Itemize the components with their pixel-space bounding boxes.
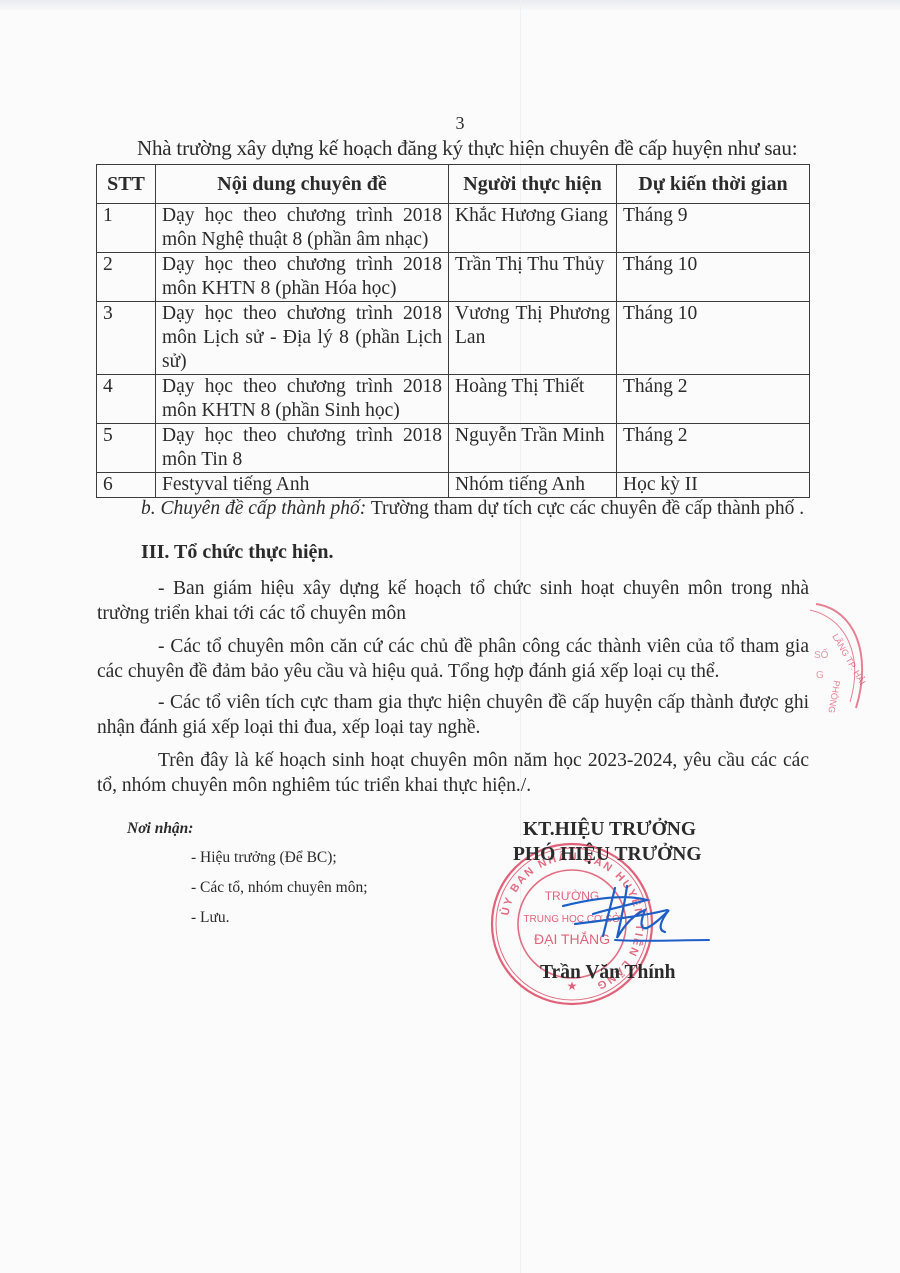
cell-content: Dạy học theo chương trình 2018 môn Lịch … [156,302,449,375]
section-b: b. Chuyên đề cấp thành phố: Trường tham … [141,496,809,521]
cell-content: Dạy học theo chương trình 2018 môn Nghệ … [156,204,449,253]
svg-text:G: G [816,670,824,681]
signature-title-2: PHÓ HIỆU TRƯỞNG [513,844,702,866]
cell-stt: 3 [97,302,156,375]
table-header-row: STT Nội dung chuyên đề Người thực hiện D… [97,165,810,204]
section-iii-item-3: - Các tổ viên tích cực tham gia thực hiệ… [97,690,809,740]
cell-stt: 4 [97,375,156,424]
cell-stt: 5 [97,424,156,473]
signer-name: Trần Văn Thính [540,962,676,984]
cell-time: Học kỳ II [617,473,810,498]
cell-time: Tháng 10 [617,253,810,302]
cell-person: Khắc Hương Giang [449,204,617,253]
section-b-label: b. Chuyên đề cấp thành phố: [141,498,366,519]
partial-side-stamp: LÃNG TP. HẢI PHÒNG SỐ G [806,596,900,726]
cell-stt: 6 [97,473,156,498]
table-row: 2 Dạy học theo chương trình 2018 môn KHT… [97,253,810,302]
recipient-item: - Các tổ, nhóm chuyên môn; [191,879,368,897]
table-row: 5 Dạy học theo chương trình 2018 môn Tin… [97,424,810,473]
page-number: 3 [0,113,900,134]
closing-paragraph: Trên đây là kế hoạch sinh hoạt chuyên mô… [97,748,809,798]
header-stt: STT [97,165,156,204]
plan-table: STT Nội dung chuyên đề Người thực hiện D… [96,164,810,498]
header-person: Người thực hiện [449,165,617,204]
cell-time: Tháng 9 [617,204,810,253]
section-iii-item-2: - Các tổ chuyên môn căn cứ các chủ đề ph… [97,634,809,684]
recipient-item: - Lưu. [191,909,230,927]
section-iii-item-1: - Ban giám hiệu xây dựng kế hoạch tổ chứ… [97,576,809,626]
recipients-title: Nơi nhận: [127,820,193,838]
table-row: 1 Dạy học theo chương trình 2018 môn Ngh… [97,204,810,253]
recipient-item: - Hiệu trưởng (Để BC); [191,849,337,867]
section-iii-title: III. Tổ chức thực hiện. [141,541,334,564]
cell-person: Nguyễn Trần Minh [449,424,617,473]
svg-text:SỐ: SỐ [814,647,829,661]
header-time: Dự kiến thời gian [617,165,810,204]
cell-person: Vương Thị Phương Lan [449,302,617,375]
cell-time: Tháng 10 [617,302,810,375]
cell-person: Hoàng Thị Thiết [449,375,617,424]
cell-content: Dạy học theo chương trình 2018 môn KHTN … [156,375,449,424]
cell-time: Tháng 2 [617,375,810,424]
table-row: 3 Dạy học theo chương trình 2018 môn Lịc… [97,302,810,375]
header-content: Nội dung chuyên đề [156,165,449,204]
signature-title-1: KT.HIỆU TRƯỞNG [523,819,696,841]
table-row: 6 Festyval tiếng Anh Nhóm tiếng Anh Học … [97,473,810,498]
cell-time: Tháng 2 [617,424,810,473]
handwritten-signature [555,880,715,950]
svg-text:PHÒNG: PHÒNG [826,680,842,714]
cell-content: Dạy học theo chương trình 2018 môn KHTN … [156,253,449,302]
cell-stt: 1 [97,204,156,253]
section-b-text: Trường tham dự tích cực các chuyên đề cấ… [366,498,804,519]
cell-stt: 2 [97,253,156,302]
table-row: 4 Dạy học theo chương trình 2018 môn KHT… [97,375,810,424]
cell-person: Trần Thị Thu Thủy [449,253,617,302]
cell-content: Festyval tiếng Anh [156,473,449,498]
scan-edge [0,0,900,10]
intro-text: Nhà trường xây dựng kế hoạch đăng ký thự… [137,136,797,161]
cell-person: Nhóm tiếng Anh [449,473,617,498]
cell-content: Dạy học theo chương trình 2018 môn Tin 8 [156,424,449,473]
